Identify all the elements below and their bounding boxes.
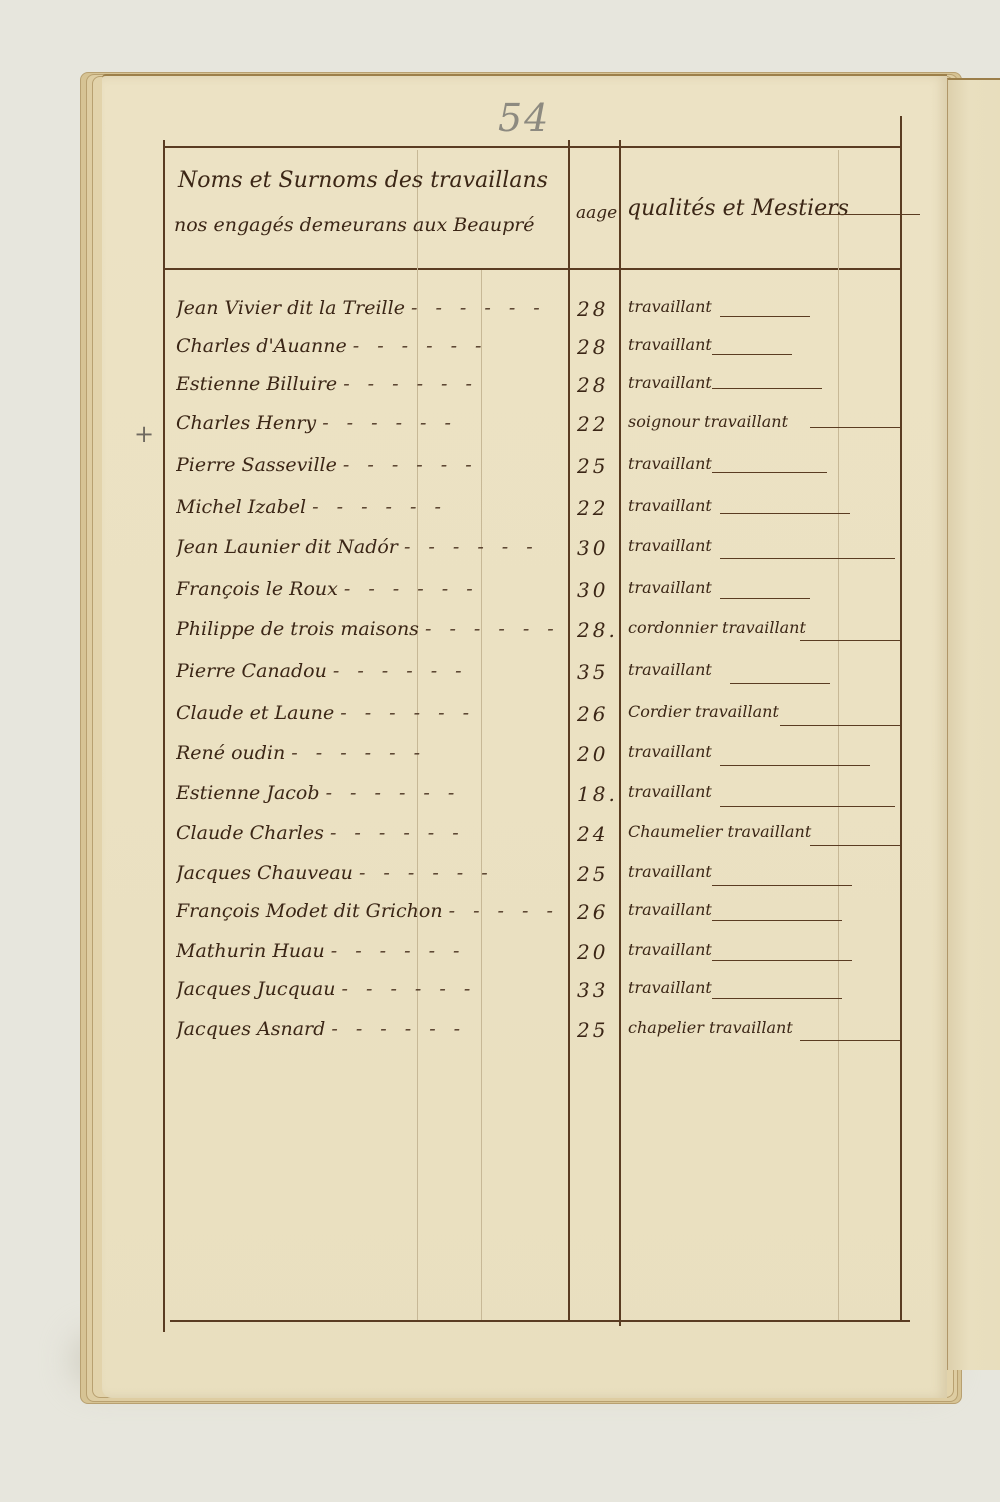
worker-age: 25 [577,454,617,478]
table-row: Charles d'Auanne - - - - - - 28 travaill… [0,335,1000,373]
table-row: Philippe de trois maisons - - - - - - 28… [0,618,1000,656]
trade-flourish-line [712,388,822,389]
name-column-header-line2: nos engagés demeurans aux Beaupré [174,214,535,236]
worker-age: 22 [577,496,617,520]
worker-trade: travaillant [628,742,712,761]
worker-trade: travaillant [628,900,712,919]
worker-age: 26 [577,702,617,726]
trade-flourish-line [712,920,842,921]
worker-name: François le Roux - - - - - - [176,578,566,600]
name-column-header-line1: Noms et Surnoms des travaillans [178,168,548,193]
table-row: Mathurin Huau - - - - - - 20 travaillant [0,940,1000,978]
worker-name: Claude et Laune - - - - - - [176,702,566,724]
trade-flourish-line [712,472,827,473]
trade-flourish-line [800,640,900,641]
worker-name: Michel Izabel - - - - - - [176,496,566,518]
age-column-header: aage [576,203,617,223]
table-row: Charles Henry - - - - - - 22 soignour tr… [0,412,1000,450]
worker-name: Charles d'Auanne - - - - - - [176,335,566,357]
worker-trade: travaillant [628,578,712,597]
worker-trade: travaillant [628,660,712,679]
trade-flourish-line [810,427,900,428]
header-bottom-rule [163,268,901,270]
worker-trade: Cordier travaillant [628,702,779,721]
worker-trade: travaillant [628,297,712,316]
worker-age: 28. [577,618,617,642]
worker-trade: travaillant [628,373,712,392]
worker-name: Pierre Sasseville - - - - - - [176,454,566,476]
worker-trade: travaillant [628,940,712,959]
worker-age: 28 [577,373,617,397]
worker-name: Pierre Canadou - - - - - - [176,660,566,682]
worker-age: 28 [577,335,617,359]
worker-age: 18. [577,782,617,806]
table-row: René oudin - - - - - - 20 travaillant [0,742,1000,780]
table-row: Jacques Asnard - - - - - - 25 chapelier … [0,1018,1000,1056]
worker-age: 35 [577,660,617,684]
worker-name: Jacques Chauveau - - - - - - [176,862,566,884]
worker-age: 30 [577,536,617,560]
header-flourish-line [820,214,920,215]
table-row: Estienne Billuire - - - - - - 28 travail… [0,373,1000,411]
table-row: François Modet dit Grichon - - - - - - 2… [0,900,1000,938]
trade-flourish-line [712,354,792,355]
worker-age: 25 [577,1018,617,1042]
worker-trade: soignour travaillant [628,412,788,431]
trade-flourish-line [712,998,842,999]
trade-flourish-line [720,558,895,559]
worker-trade: Chaumelier travaillant [628,822,811,841]
worker-name: Mathurin Huau - - - - - - [176,940,566,962]
table-row: Jacques Chauveau - - - - - - 25 travaill… [0,862,1000,900]
worker-name: Claude Charles - - - - - - [176,822,566,844]
table-row: Estienne Jacob - - - - - - 18. travailla… [0,782,1000,820]
worker-age: 20 [577,940,617,964]
worker-trade: travaillant [628,454,712,473]
worker-age: 28 [577,297,617,321]
worker-name: Jean Launier dit Nadór - - - - - - [176,536,566,558]
trade-column-header: qualités et Mestiers [627,196,849,221]
trade-flourish-line [720,765,870,766]
worker-name: René oudin - - - - - - [176,742,566,764]
worker-age: 20 [577,742,617,766]
worker-trade: travaillant [628,496,712,515]
table-row: Michel Izabel - - - - - - 22 travaillant [0,496,1000,534]
table-row: Claude Charles - - - - - - 24 Chaumelier… [0,822,1000,860]
table-top-rule [163,146,901,148]
table-row: Pierre Canadou - - - - - - 35 travaillan… [0,660,1000,698]
trade-flourish-line [720,806,895,807]
table-row: Jean Vivier dit la Treille - - - - - - 2… [0,297,1000,335]
worker-name: Jacques Asnard - - - - - - [176,1018,566,1040]
table-row: Pierre Sasseville - - - - - - 25 travail… [0,454,1000,492]
worker-name: Jean Vivier dit la Treille - - - - - - [176,297,566,319]
trade-flourish-line [730,683,830,684]
worker-name: Philippe de trois maisons - - - - - - [176,618,566,640]
table-row: Jacques Jucquau - - - - - - 33 travailla… [0,978,1000,1016]
worker-age: 24 [577,822,617,846]
worker-age: 25 [577,862,617,886]
worker-trade: cordonnier travaillant [628,618,806,637]
worker-name: Jacques Jucquau - - - - - - [176,978,566,1000]
trade-flourish-line [800,1040,900,1041]
worker-name: Charles Henry - - - - - - [176,412,566,434]
worker-trade: travaillant [628,536,712,555]
worker-age: 33 [577,978,617,1002]
folio-number: 54 [498,96,550,140]
trade-flourish-line [712,960,852,961]
worker-name: Estienne Jacob - - - - - - [176,782,566,804]
worker-trade: travaillant [628,978,712,997]
worker-trade: travaillant [628,335,712,354]
worker-age: 26 [577,900,617,924]
trade-flourish-line [720,598,810,599]
worker-trade: travaillant [628,782,712,801]
worker-trade: travaillant [628,862,712,881]
worker-name: François Modet dit Grichon - - - - - - [176,900,566,922]
table-bottom-rule [170,1320,910,1322]
trade-flourish-line [810,845,900,846]
trade-flourish-line [720,316,810,317]
table-row: Jean Launier dit Nadór - - - - - - 30 tr… [0,536,1000,574]
worker-age: 30 [577,578,617,602]
worker-name: Estienne Billuire - - - - - - [176,373,566,395]
trade-flourish-line [720,513,850,514]
trade-flourish-line [712,885,852,886]
table-row: François le Roux - - - - - - 30 travaill… [0,578,1000,616]
worker-trade: chapelier travaillant [628,1018,793,1037]
worker-age: 22 [577,412,617,436]
table-row: Claude et Laune - - - - - - 26 Cordier t… [0,702,1000,740]
trade-flourish-line [780,725,900,726]
